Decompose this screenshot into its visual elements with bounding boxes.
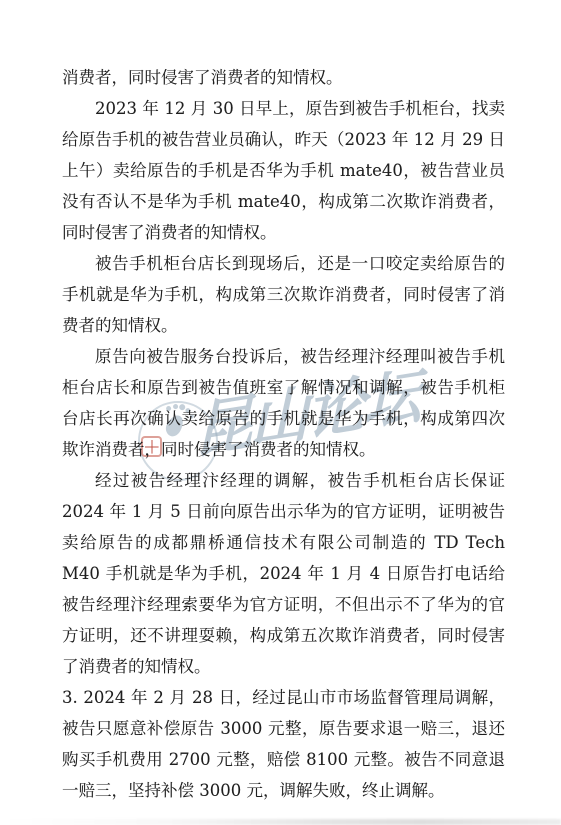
paragraph-second-fraud: 2023 年 12 月 30 日早上，原告到被告手机柜台，找卖给原告手机的被告营… [62,93,505,248]
paragraph-fifth-fraud: 经过被告经理汴经理的调解，被告手机柜台店长保证 2024 年 1 月 5 日前向… [62,465,505,682]
next-page-edge [0,819,561,825]
paragraph-mediation-result: 3. 2024 年 2 月 28 日，经过昆山市市场监督管理局调解，被告只愿意补… [62,682,505,806]
paragraph-fourth-fraud: 原告向被告服务台投诉后，被告经理汴经理叫被告手机柜台店长和原告到被告值班室了解情… [62,341,505,465]
document-page: 昆山论坛 消费者，同时侵害了消费者的知情权。 2023 年 12 月 30 日早… [0,0,561,825]
paragraph-continuation: 消费者，同时侵害了消费者的知情权。 [62,62,505,93]
paragraph-third-fraud: 被告手机柜台店长到现场后，还是一口咬定卖给原告的手机就是华为手机，构成第三次欺诈… [62,248,505,341]
document-body: 消费者，同时侵害了消费者的知情权。 2023 年 12 月 30 日早上，原告到… [62,62,505,806]
